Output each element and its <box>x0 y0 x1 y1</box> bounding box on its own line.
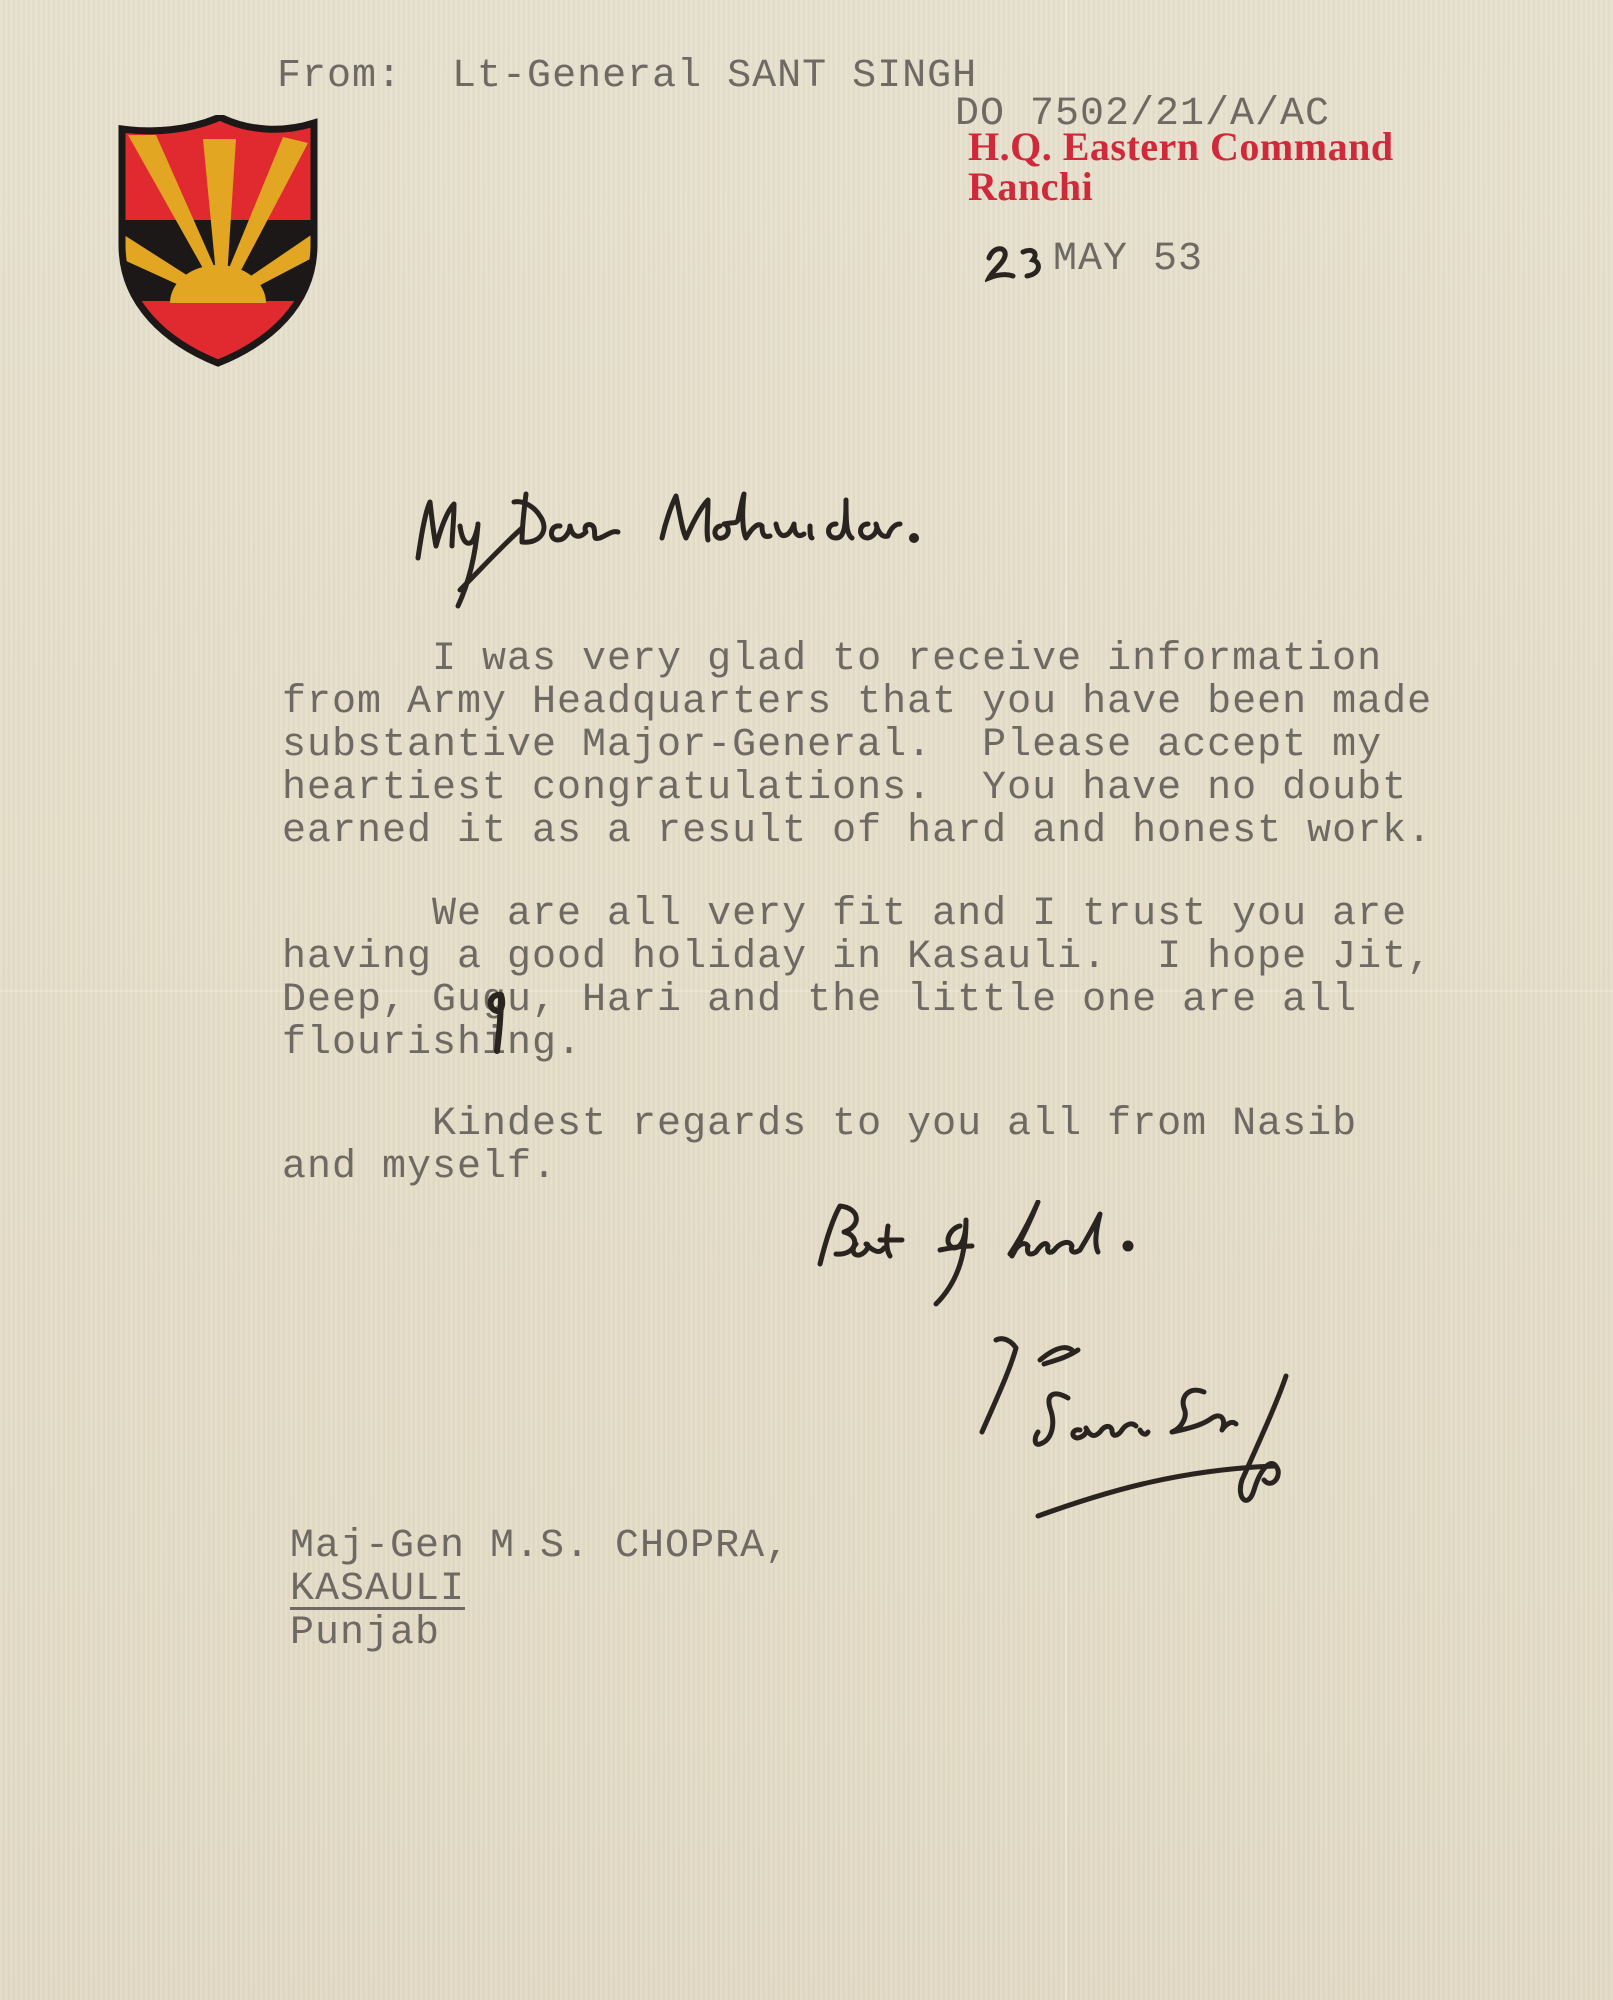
from-name: Lt-General SANT SINGH <box>452 54 977 99</box>
paragraph-line: I was very glad to receive information <box>282 638 1432 681</box>
closing-note-handwriting <box>790 1200 1190 1330</box>
body-paragraph-3: Kindest regards to you all from Nasiband… <box>282 1103 1357 1189</box>
address-line-3: Punjab <box>290 1612 440 1655</box>
paragraph-line: earned it as a result of hard and honest… <box>282 810 1432 853</box>
hq-line-1: H.Q. Eastern Command <box>968 127 1394 167</box>
paragraph-line: We are all very fit and I trust you are <box>282 893 1432 936</box>
paragraph-line: Deep, Gugu, Hari and the little one are … <box>282 979 1432 1022</box>
paragraph-line: heartiest congratulations. You have no d… <box>282 767 1432 810</box>
handwritten-correction-mark <box>481 985 511 1055</box>
shield-rising-sun-icon <box>108 115 328 370</box>
address-line-1: Maj-Gen M.S. CHOPRA, <box>290 1525 790 1568</box>
address-line-2: KASAULI <box>290 1568 465 1611</box>
from-line: From: Lt-General SANT SINGH <box>277 55 977 98</box>
salutation-handwriting <box>390 480 930 620</box>
body-paragraph-1: I was very glad to receive informationfr… <box>282 638 1432 853</box>
paragraph-line: from Army Headquarters that you have bee… <box>282 681 1432 724</box>
signature-handwriting <box>960 1320 1350 1530</box>
paragraph-line: having a good holiday in Kasauli. I hope… <box>282 936 1432 979</box>
paragraph-line: and myself. <box>282 1146 1357 1189</box>
paragraph-line: flourishing. <box>282 1022 1432 1065</box>
hq-line-2: Ranchi <box>968 167 1093 207</box>
date-typed: MAY 53 <box>1053 238 1203 281</box>
paragraph-line: substantive Major-General. Please accept… <box>282 724 1432 767</box>
body-paragraph-2: We are all very fit and I trust you areh… <box>282 893 1432 1065</box>
paragraph-line: Kindest regards to you all from Nasib <box>282 1103 1357 1146</box>
handwritten-day <box>985 240 1055 285</box>
from-label: From: <box>277 54 402 99</box>
